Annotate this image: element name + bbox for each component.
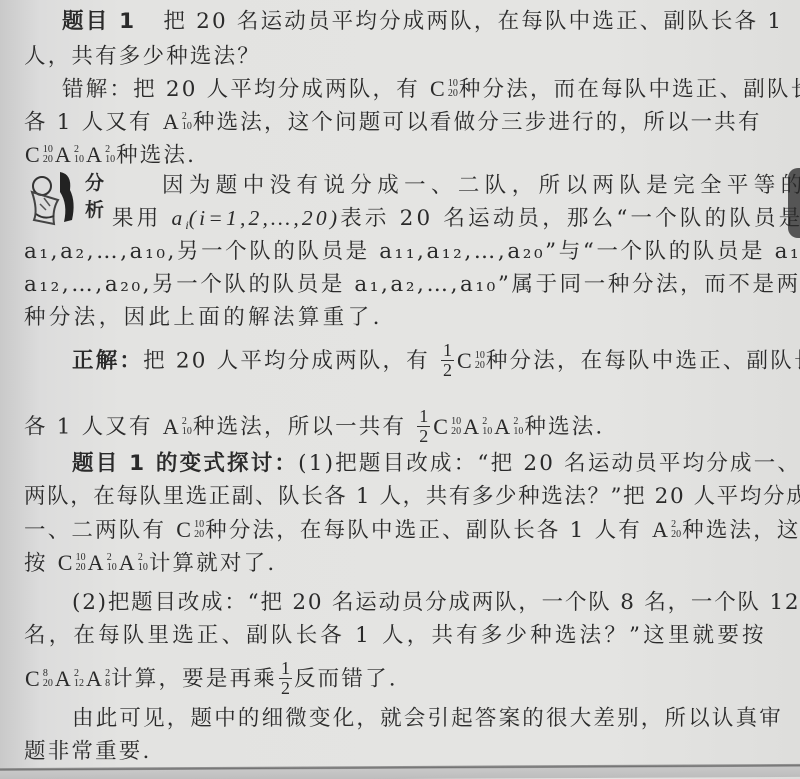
problem1-line1: 题目 1 把 20 名运动员平均分成两队，在每队中选正、副队长各 1 (62, 8, 776, 36)
analysis-line5: 种分法，因此上面的解法算重了. (24, 304, 776, 332)
correct-solution-line1: 正解：把 20 人平均分成两队，有 12C1020种分法，在每队中选正、副队长 (72, 342, 776, 381)
problem1-line2: 人，共有多少种选法？ (24, 43, 776, 71)
variant-line6: 名，在每队里选正、副队长各 1 人，共有多少种选法？”这里就要按 (24, 622, 776, 650)
conclusion-line1: 由此可见，题中的细微变化，就会引起答案的很大差别，所以认真审 (72, 705, 776, 733)
variant-line1: 题目 1 的变式探讨：(1)把题目改成：“把 20 名运动员平均分成一、二 (72, 450, 776, 478)
wrong-solution-line2: 各 1 人又有 A210种选法，这个问题可以看做分三步进行的，所以一共有 (24, 108, 776, 137)
analysis-line4: a₁₂,…,a₂₀,另一个队的队员是 a₁,a₂,…,a₁₀”属于同一种分法，而… (24, 271, 776, 299)
combination-C20-10: C1020 (430, 75, 458, 103)
combination-C20-10: C1020 (25, 141, 53, 169)
combination-C20-10: C1020 (433, 413, 461, 441)
analysis-line1: 因为题中没有说分成一、二队，所以两队是完全平等的，如 (162, 172, 776, 200)
variant-line2: 两队，在每队里选正副、队长各 1 人，共有多少种选法？”把 20 人平均分成 (24, 483, 776, 511)
permutation-A10-2: A210 (163, 413, 192, 441)
analysis-badge: 分 析 (85, 170, 107, 224)
analysis-line2: 果用 ai(i=1,2,…,20)表示 20 名运动员，那么“一个队的队员是 (112, 204, 776, 239)
variant-line4: 按 C1020A210A210计算就对了. (24, 549, 776, 578)
combination-C20-8: C820 (25, 665, 53, 693)
permutation-A10-2: A210 (494, 413, 523, 441)
combination-C20-10: C1020 (58, 549, 86, 577)
permutation-A10-2: A210 (55, 141, 84, 169)
permutation-A12-2: A212 (55, 665, 84, 693)
analysis-line3: a₁,a₂,…,a₁₀,另一个队的队员是 a₁₁,a₁₂,…,a₂₀”与“一个队… (24, 238, 776, 266)
problem1-title: 题目 1 (62, 9, 136, 34)
permutation-A10-2: A210 (86, 141, 115, 169)
permutation-A10-2: A210 (163, 108, 192, 136)
wrong-solution-label: 错解： (62, 77, 133, 102)
textbook-page: 题目 1 把 20 名运动员平均分成两队，在每队中选正、副队长各 1 人，共有多… (0, 0, 800, 779)
fraction-one-half: 12 (279, 659, 292, 698)
variant-line7: C820A212A28计算，要是再乘12反而错了. (24, 660, 776, 699)
permutation-A10-2: A210 (463, 413, 492, 441)
analysis-illustration-icon (24, 170, 84, 228)
combination-C20-10: C1020 (457, 347, 485, 375)
permutation-A8-2: A28 (86, 665, 110, 693)
variant-line5: (2)把题目改成：“把 20 名运动员分成两队，一个队 8 名，一个队 12 (72, 589, 776, 617)
wrong-solution-line1: 错解：把 20 人平均分成两队，有 C1020种分法，而在每队中选正、副队长 (62, 75, 776, 104)
permutation-A10-2: A210 (88, 549, 117, 577)
wrong-solution-line3: C1020A210A210种选法. (24, 141, 776, 170)
combination-C20-10: C1020 (176, 516, 204, 544)
variant-title: 题目 1 的变式探讨： (72, 451, 298, 476)
permutation-A20-2: A220 (652, 516, 681, 544)
correct-solution-label: 正解： (72, 349, 143, 374)
conclusion-line2: 题非常重要. (24, 738, 776, 766)
fraction-one-half: 12 (417, 407, 430, 446)
permutation-A10-2: A210 (119, 549, 148, 577)
correct-solution-line2: 各 1 人又有 A210种选法，所以一共有 12C1020A210A210种选法… (24, 408, 776, 447)
fraction-one-half: 12 (441, 341, 454, 380)
variant-line3: 一、二两队有 C1020种分法，在每队中选正、副队长各 1 人有 A220种选法… (24, 516, 776, 545)
page-bottom-edge (0, 764, 800, 779)
